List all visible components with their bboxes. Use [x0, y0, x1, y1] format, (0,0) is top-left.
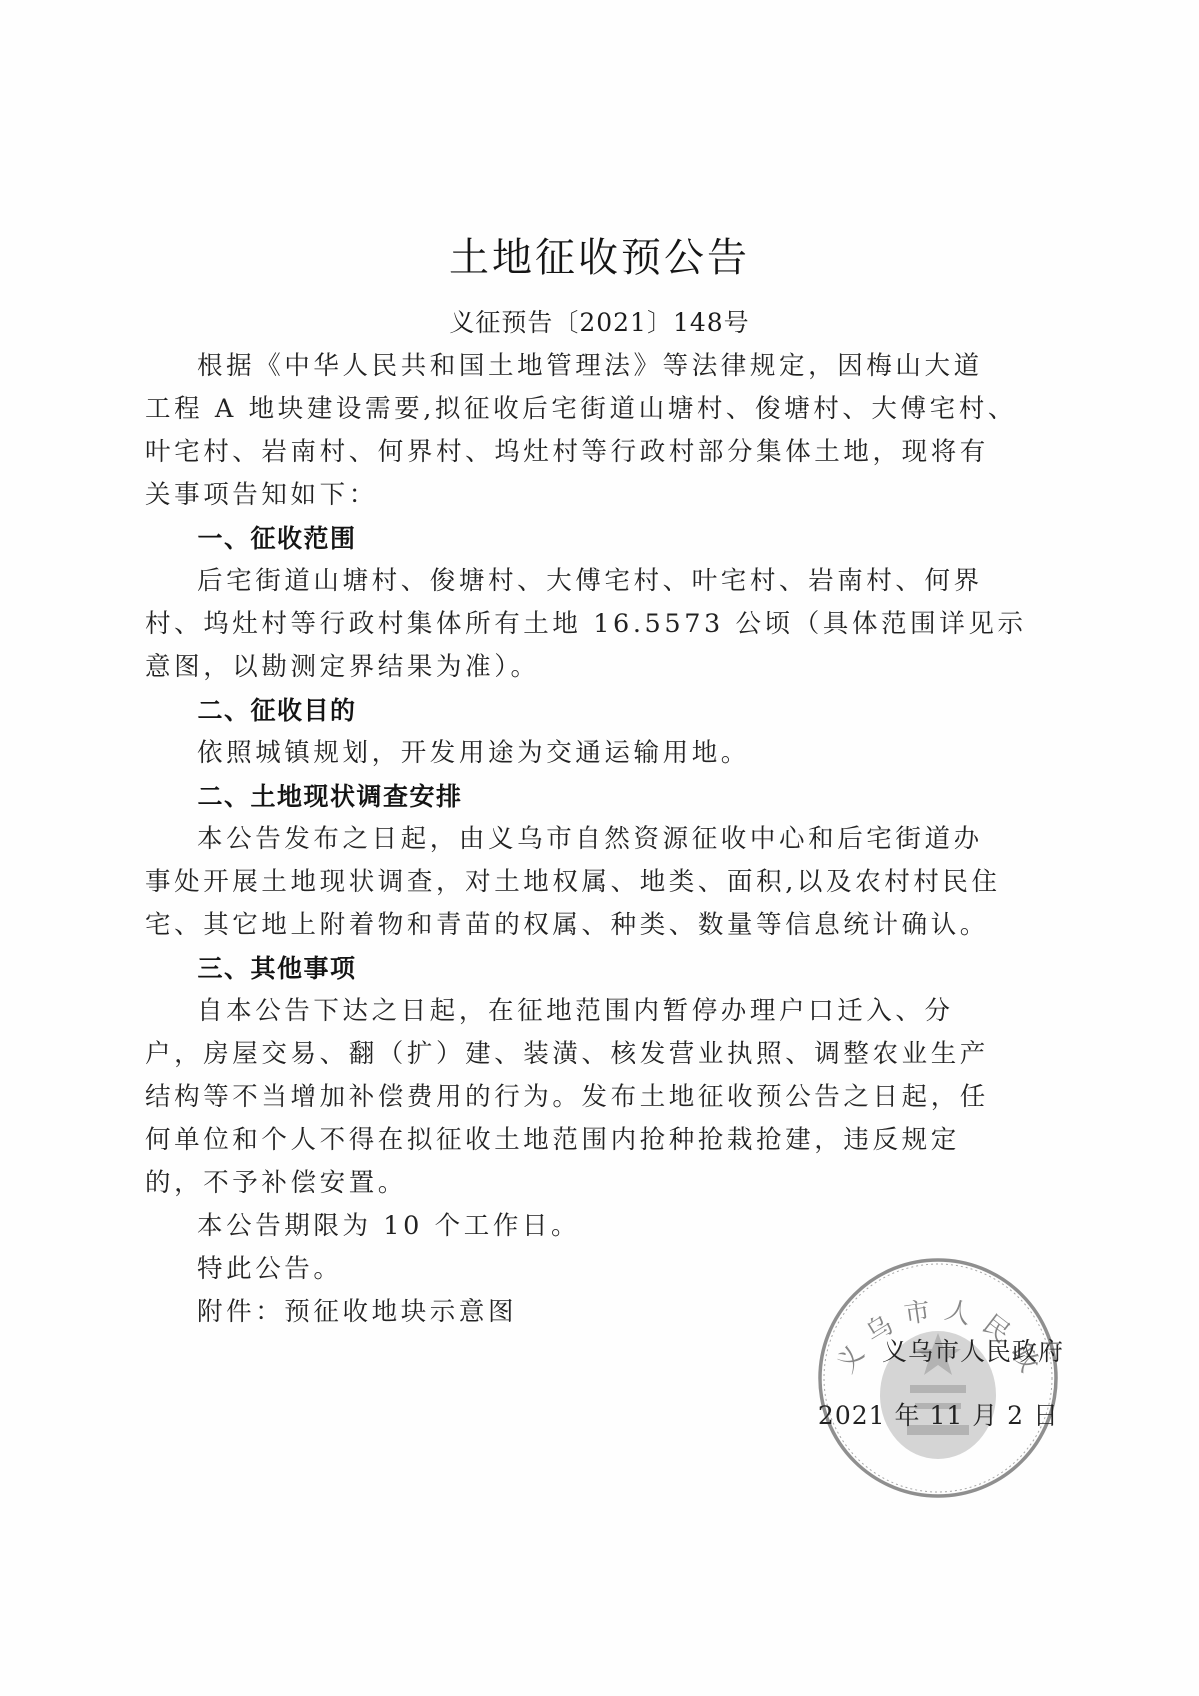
section-heading: 三、其他事项	[145, 947, 1055, 990]
signing-date: 2021 年 11 月 2 日	[818, 1396, 1059, 1432]
section-line: 本公告发布之日起，由义乌市自然资源征收中心和后宅街道办	[145, 818, 1055, 861]
section-line: 事处开展土地现状调查，对土地权属、地类、面积,以及农村村民住	[145, 861, 1055, 904]
intro-line: 工程 A 地块建设需要,拟征收后宅街道山塘村、俊塘村、大傅宅村、	[145, 388, 1055, 431]
official-seal-icon: 义乌市人民政府	[815, 1255, 1061, 1501]
section-other-matters: 三、其他事项 自本公告下达之日起，在征地范围内暂停办理户口迁入、分 户，房屋交易…	[145, 947, 1055, 1205]
section-heading: 二、土地现状调查安排	[145, 775, 1055, 818]
section-line: 何单位和个人不得在拟征收土地范围内抢种抢栽抢建，违反规定	[145, 1119, 1055, 1162]
section-line: 自本公告下达之日起，在征地范围内暂停办理户口迁入、分	[145, 990, 1055, 1033]
document-page: 土地征收预公告 义征预告〔2021〕148号 根据《中华人民共和国土地管理法》等…	[0, 0, 1199, 1696]
document-body: 根据《中华人民共和国土地管理法》等法律规定，因梅山大道 工程 A 地块建设需要,…	[145, 345, 1055, 1334]
section-line: 的，不予补偿安置。	[145, 1162, 1055, 1205]
intro-line: 关事项告知如下：	[145, 474, 1055, 517]
intro-line: 叶宅村、岩南村、何界村、坞灶村等行政村部分集体土地，现将有	[145, 431, 1055, 474]
section-line: 村、坞灶村等行政村集体所有土地 16.5573 公顷（具体范围详见示	[145, 603, 1055, 646]
section-line: 户，房屋交易、翻（扩）建、装潢、核发营业执照、调整农业生产	[145, 1033, 1055, 1076]
intro-line: 根据《中华人民共和国土地管理法》等法律规定，因梅山大道	[145, 345, 1055, 388]
section-purpose: 二、征收目的 依照城镇规划，开发用途为交通运输用地。	[145, 689, 1055, 775]
section-line: 后宅街道山塘村、俊塘村、大傅宅村、叶宅村、岩南村、何界	[145, 560, 1055, 603]
signing-organization: 义乌市人民政府	[882, 1332, 1064, 1368]
section-heading: 二、征收目的	[145, 689, 1055, 732]
document-title: 土地征收预公告	[0, 226, 1199, 283]
section-line: 宅、其它地上附着物和青苗的权属、种类、数量等信息统计确认。	[145, 904, 1055, 947]
intro-paragraph: 根据《中华人民共和国土地管理法》等法律规定，因梅山大道 工程 A 地块建设需要,…	[145, 345, 1055, 517]
document-number: 义征预告〔2021〕148号	[0, 303, 1199, 339]
section-heading: 一、征收范围	[145, 517, 1055, 560]
section-scope: 一、征收范围 后宅街道山塘村、俊塘村、大傅宅村、叶宅村、岩南村、何界 村、坞灶村…	[145, 517, 1055, 689]
section-line: 依照城镇规划，开发用途为交通运输用地。	[145, 732, 1055, 775]
section-line: 结构等不当增加补偿费用的行为。发布土地征收预公告之日起，任	[145, 1076, 1055, 1119]
section-survey: 二、土地现状调查安排 本公告发布之日起，由义乌市自然资源征收中心和后宅街道办 事…	[145, 775, 1055, 947]
section-line: 意图，以勘测定界结果为准）。	[145, 646, 1055, 689]
period-note: 本公告期限为 10 个工作日。	[145, 1205, 1055, 1248]
